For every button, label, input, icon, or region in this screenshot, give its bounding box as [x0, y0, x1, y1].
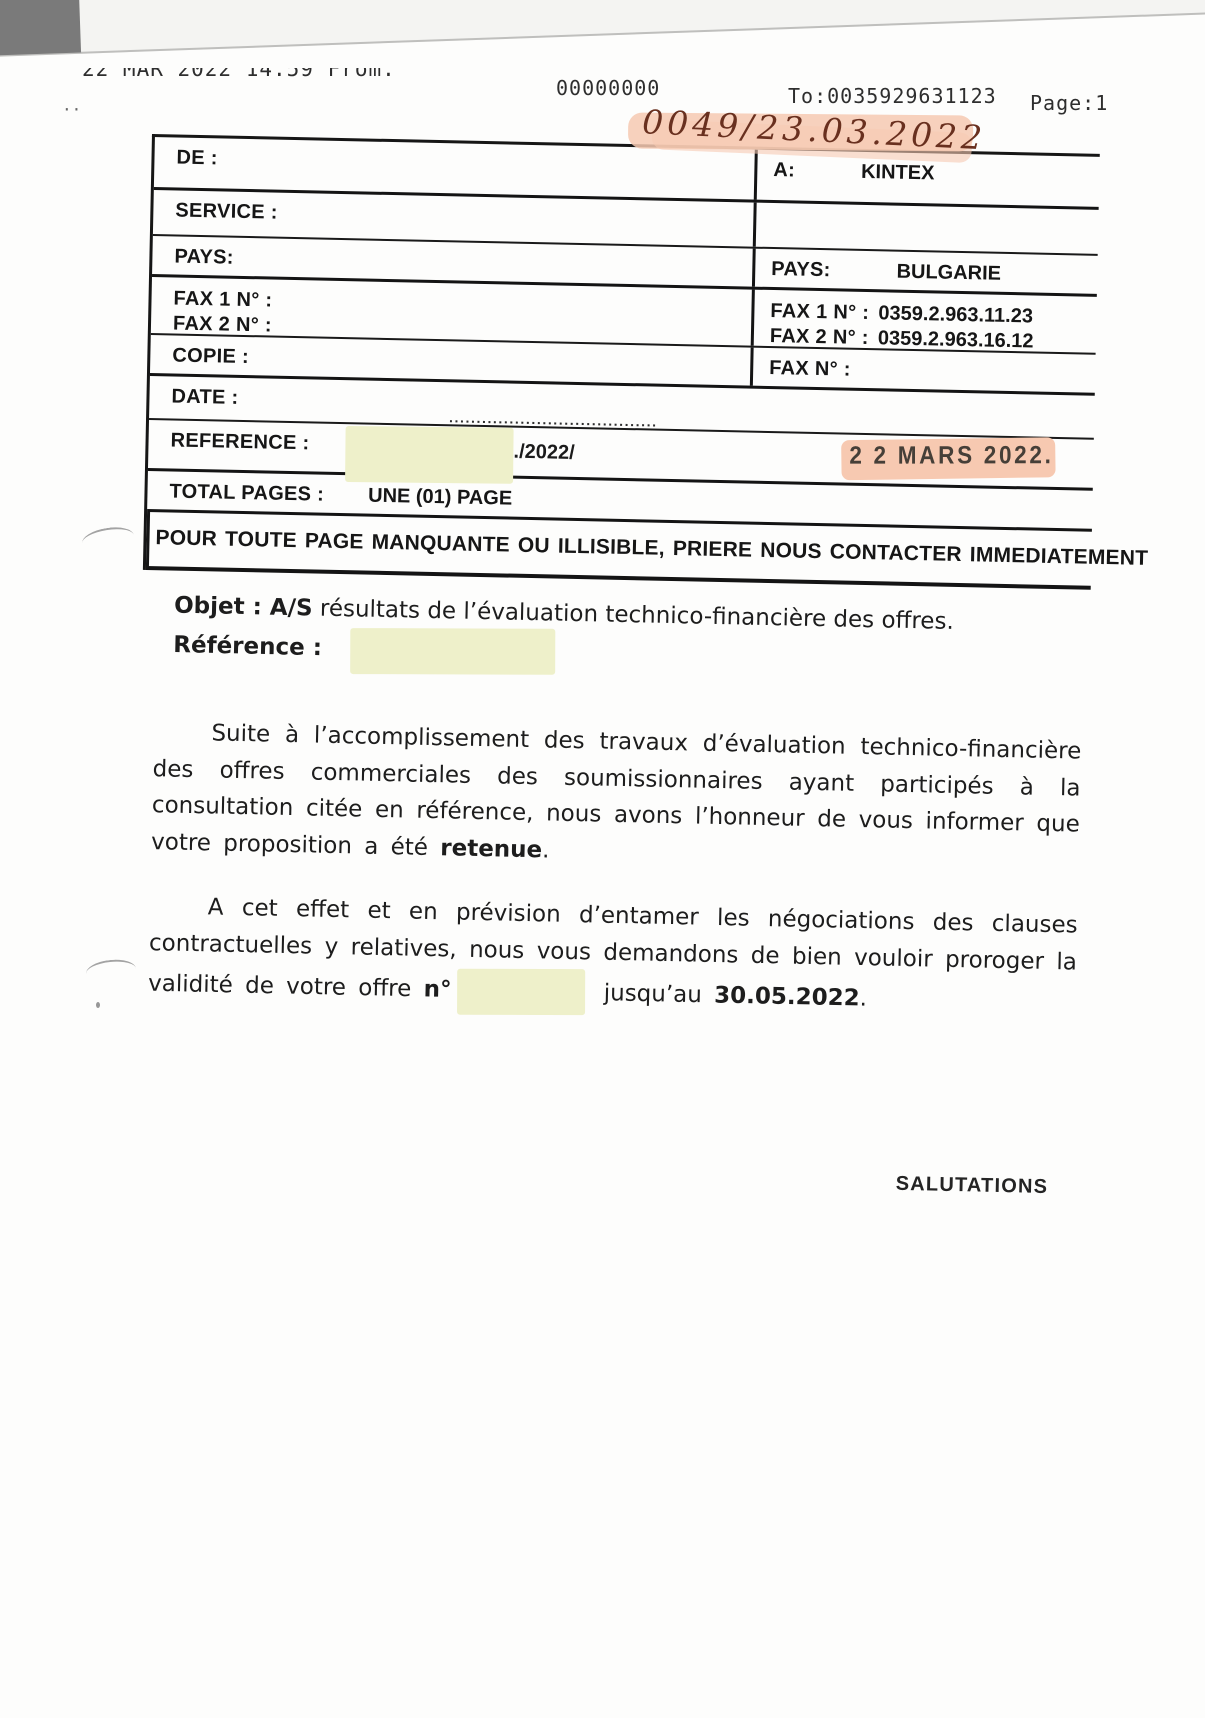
- total-pages-value: UNE (01) PAGE: [368, 485, 513, 511]
- cell-faxn: FAX N° :: [750, 348, 1096, 393]
- salutations-closing: SALUTATIONS: [130, 1157, 1082, 1200]
- letter-reference-label: Référence: [173, 632, 305, 661]
- redaction-box: [457, 969, 585, 1015]
- scanner-corner-shadow: [0, 0, 81, 55]
- pays-right-label: PAYS:: [771, 258, 831, 281]
- fax-transmission-header: 22 MAR 2022 14:59 From: 00000000 To:0035…: [0, 64, 1205, 110]
- fax-to-number: To:0035929631123: [788, 84, 997, 108]
- cell-fax-labels: FAX 1 N° : FAX 2 N° :: [151, 277, 752, 346]
- paragraph-award-notice: Suite à l’accomplissement des travaux d’…: [151, 714, 1082, 879]
- p1-retenue-bold: retenue: [440, 835, 542, 863]
- scanner-edge-strip: [0, 0, 1205, 58]
- pays-label: PAYS:: [174, 245, 234, 268]
- date-stamp: 2 2 MARS 2022.: [841, 437, 1056, 481]
- fax1-right-value: 0359.2.963.11.23: [878, 301, 1033, 329]
- fax-page-indicator: Page:1: [1030, 91, 1108, 115]
- pen-mark-dot: [96, 1002, 100, 1008]
- objet-ref-code: A/S: [270, 595, 313, 622]
- p2-period: .: [859, 986, 867, 1012]
- subject-block: Objet : A/S résultats de l’évaluation te…: [173, 589, 1094, 688]
- fax2-right-label: FAX 2 N° :: [770, 324, 878, 351]
- handwritten-registration-number: 0049/23.03.2022: [627, 103, 978, 174]
- service-label: SERVICE :: [175, 200, 278, 224]
- cell-fax-values: FAX 1 N° : 0359.2.963.11.23 FAX 2 N° : 0…: [751, 290, 1097, 353]
- stamp-text: 2 2 MARS 2022.: [849, 441, 1053, 470]
- scanned-fax-document: ·· 22 MAR 2022 14:59 From: 00000000 To:0…: [0, 0, 1205, 1718]
- p1-text: Suite à l’accomplissement des travaux d’…: [151, 720, 1082, 860]
- pays-right-value: BULGARIE: [896, 261, 1001, 285]
- copie-label: COPIE :: [172, 344, 249, 368]
- p2-date-bold: 30.05.2022: [714, 982, 860, 1011]
- reference-label: REFERENCE :: [170, 429, 309, 455]
- date-label: DATE :: [171, 385, 238, 409]
- p1-period: .: [542, 837, 550, 863]
- redaction-box: [345, 426, 514, 484]
- fax1-right-label: FAX 1 N° :: [770, 299, 878, 326]
- pen-mark-arc: [85, 957, 137, 984]
- objet-colon: :: [244, 594, 270, 621]
- document-content: DE : A:KINTEX SERVICE : PAYS: PAYS:BULGA…: [130, 134, 1104, 1200]
- fax-from-line-clipped: 22 MAR 2022 14:59 From:: [82, 68, 502, 82]
- paragraph-validity-extension: A cet effet et en prévision d’entamer le…: [148, 888, 1078, 1026]
- p2-offer-number-bold: n°: [423, 976, 451, 1003]
- objet-label: Objet: [174, 593, 245, 620]
- fax-cover-table: DE : A:KINTEX SERVICE : PAYS: PAYS:BULGA…: [143, 134, 1100, 590]
- cell-empty: [753, 203, 1099, 254]
- p2-mid-text: jusqu’au: [591, 980, 714, 1009]
- faxn-label: FAX N° :: [769, 357, 851, 381]
- fax-id-zeros: 00000000: [556, 76, 660, 100]
- redaction-box: [350, 628, 555, 675]
- pen-mark-arc: [81, 524, 136, 554]
- letter-reference-colon: :: [304, 635, 322, 661]
- cell-pays-bulgarie: PAYS:BULGARIE: [752, 249, 1098, 294]
- total-pages-label: TOTAL PAGES :: [169, 480, 324, 506]
- de-label: DE :: [176, 147, 218, 170]
- fax-from-line: 22 MAR 2022 14:59 From:: [82, 68, 502, 80]
